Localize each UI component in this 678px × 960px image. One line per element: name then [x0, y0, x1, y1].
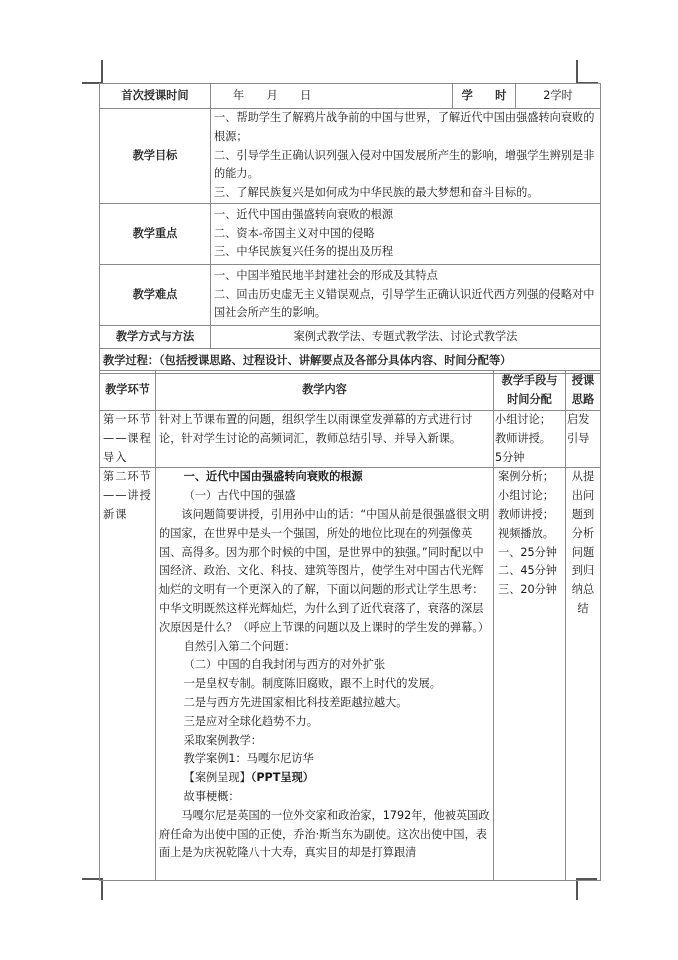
story-label: 故事梗概：: [159, 788, 490, 807]
key-point-1: 一、近代中国由强盛转向衰败的根源: [214, 206, 597, 225]
story-text: 马嘎尔尼是英国的一位外交家和政治家，1792年，他被英国政府任命为出使中国的正使…: [159, 807, 490, 863]
key-points-content: 一、近代中国由强盛转向衰败的根源 二、资本-帝国主义对中国的侵略 三、中华民族复…: [211, 203, 601, 264]
means-item: 教师讲授。: [495, 430, 564, 449]
means-item: 案例分析；: [498, 468, 561, 487]
content-lead: 自然引入第二个问题：: [159, 638, 490, 657]
content-para1: 该问题简要讲授，引用孙中山的话：“中国从前是很强盛很文明的国家，在世界中是头一个…: [159, 506, 490, 638]
stage-2-means: 案例分析； 小组讨论； 教师讲授； 视频播放。 一、25分钟 二、45分钟 三、…: [494, 468, 566, 881]
means-item: 教师讲授；: [498, 506, 561, 525]
key-points-label: 教学重点: [100, 203, 211, 264]
means-item: 视频播放。: [498, 525, 561, 544]
case-present-label: 【案例呈现】: [184, 771, 251, 784]
first-time-label: 首次授课时间: [100, 84, 211, 109]
means-item: 三、20分钟: [498, 581, 561, 600]
means-item: 二、45分钟: [498, 562, 561, 581]
goals-label: 教学目标: [100, 109, 211, 204]
content-point: 采取案例教学：: [159, 732, 490, 751]
course-info-table: 首次授课时间 年 月 日 学 时 2学时 教学目标 一、帮助学生了解鸦片战争前的…: [99, 83, 601, 374]
content-point: 二是与西方先进国家相比科技差距越拉越大。: [159, 694, 490, 713]
content-heading: 一、近代中国由强盛转向衰败的根源: [159, 468, 490, 487]
goals-content: 一、帮助学生了解鸦片战争前的中国与世界，了解近代中国由强盛转向衰败的根源； 二、…: [211, 109, 601, 204]
stage-1: 第一环节——课程导入: [100, 411, 156, 468]
goal-2: 二、引导学生正确认识列强入侵对中国发展所产生的影响，增强学生辨别是非的能力。: [214, 147, 597, 185]
means-item: 小组讨论；: [498, 487, 561, 506]
header-stage: 教学环节: [100, 371, 156, 411]
stage-2: 第二环节——讲授新课: [100, 468, 156, 881]
goal-3: 三、了解民族复兴是如何成为中华民族的最大梦想和奋斗目标的。: [214, 184, 597, 203]
process-table: 教学环节 教学内容 教学手段与时间分配 授课思路 第一环节——课程导入 针对上节…: [99, 370, 601, 881]
date-value: 年 月 日: [211, 84, 453, 109]
difficulties-label: 教学难点: [100, 264, 211, 325]
content-sub2: （二）中国的自我封闭与西方的对外扩张: [159, 656, 490, 675]
hours-label: 学 时: [453, 84, 516, 109]
means-item: 5分钟: [495, 449, 564, 468]
methods-value: 案例式教学法、专题式教学法、讨论式教学法: [211, 325, 601, 348]
content-point: 三是应对全球化趋势不力。: [159, 713, 490, 732]
stage-2-approach: 从提出问题到分析问题到归纳总结: [566, 468, 601, 881]
header-approach: 授课思路: [566, 371, 601, 411]
key-point-3: 三、中华民族复兴任务的提出及历程: [214, 243, 597, 262]
content-point: 教学案例1：马嘎尔尼访华: [159, 750, 490, 769]
stage-2-content: 一、近代中国由强盛转向衰败的根源 （一）古代中国的强盛 该问题简要讲授，引用孙中…: [156, 468, 494, 881]
header-content: 教学内容: [156, 371, 494, 411]
means-item: 一、25分钟: [498, 544, 561, 563]
goal-1: 一、帮助学生了解鸦片战争前的中国与世界，了解近代中国由强盛转向衰败的根源；: [214, 109, 597, 147]
crop-mark-top-right-v: [576, 60, 578, 83]
difficulty-2: 二、回击历史虚无主义错误观点，引导学生正确认识近代西方列强的侵略对中国社会所产生…: [214, 286, 597, 324]
key-point-2: 二、资本-帝国主义对中国的侵略: [214, 225, 597, 244]
stage-1-content: 针对上节课布置的问题，组织学生以雨课堂发弹幕的方式进行讨论，针对学生讨论的高频词…: [156, 411, 494, 468]
hours-value: 2学时: [516, 84, 601, 109]
stage-1-approach: 启发引导: [566, 411, 601, 468]
stage-1-means: 小组讨论； 教师讲授。 5分钟: [494, 411, 566, 468]
crop-mark-top-left-v: [101, 60, 103, 83]
difficulties-content: 一、中国半殖民地半封建社会的形成及其特点 二、回击历史虚无主义错误观点，引导学生…: [211, 264, 601, 325]
difficulty-1: 一、中国半殖民地半封建社会的形成及其特点: [214, 267, 597, 286]
methods-label: 教学方式与方法: [100, 325, 211, 348]
case-ppt-label: （PPT呈现）: [251, 771, 314, 784]
content-point: 一是皇权专制。制度陈旧腐败，跟不上时代的发展。: [159, 675, 490, 694]
means-item: 小组讨论；: [495, 411, 564, 430]
case-presentation: 【案例呈现】（PPT呈现）: [159, 769, 490, 788]
header-means: 教学手段与时间分配: [494, 371, 566, 411]
content-sub1: （一）古代中国的强盛: [159, 487, 490, 506]
